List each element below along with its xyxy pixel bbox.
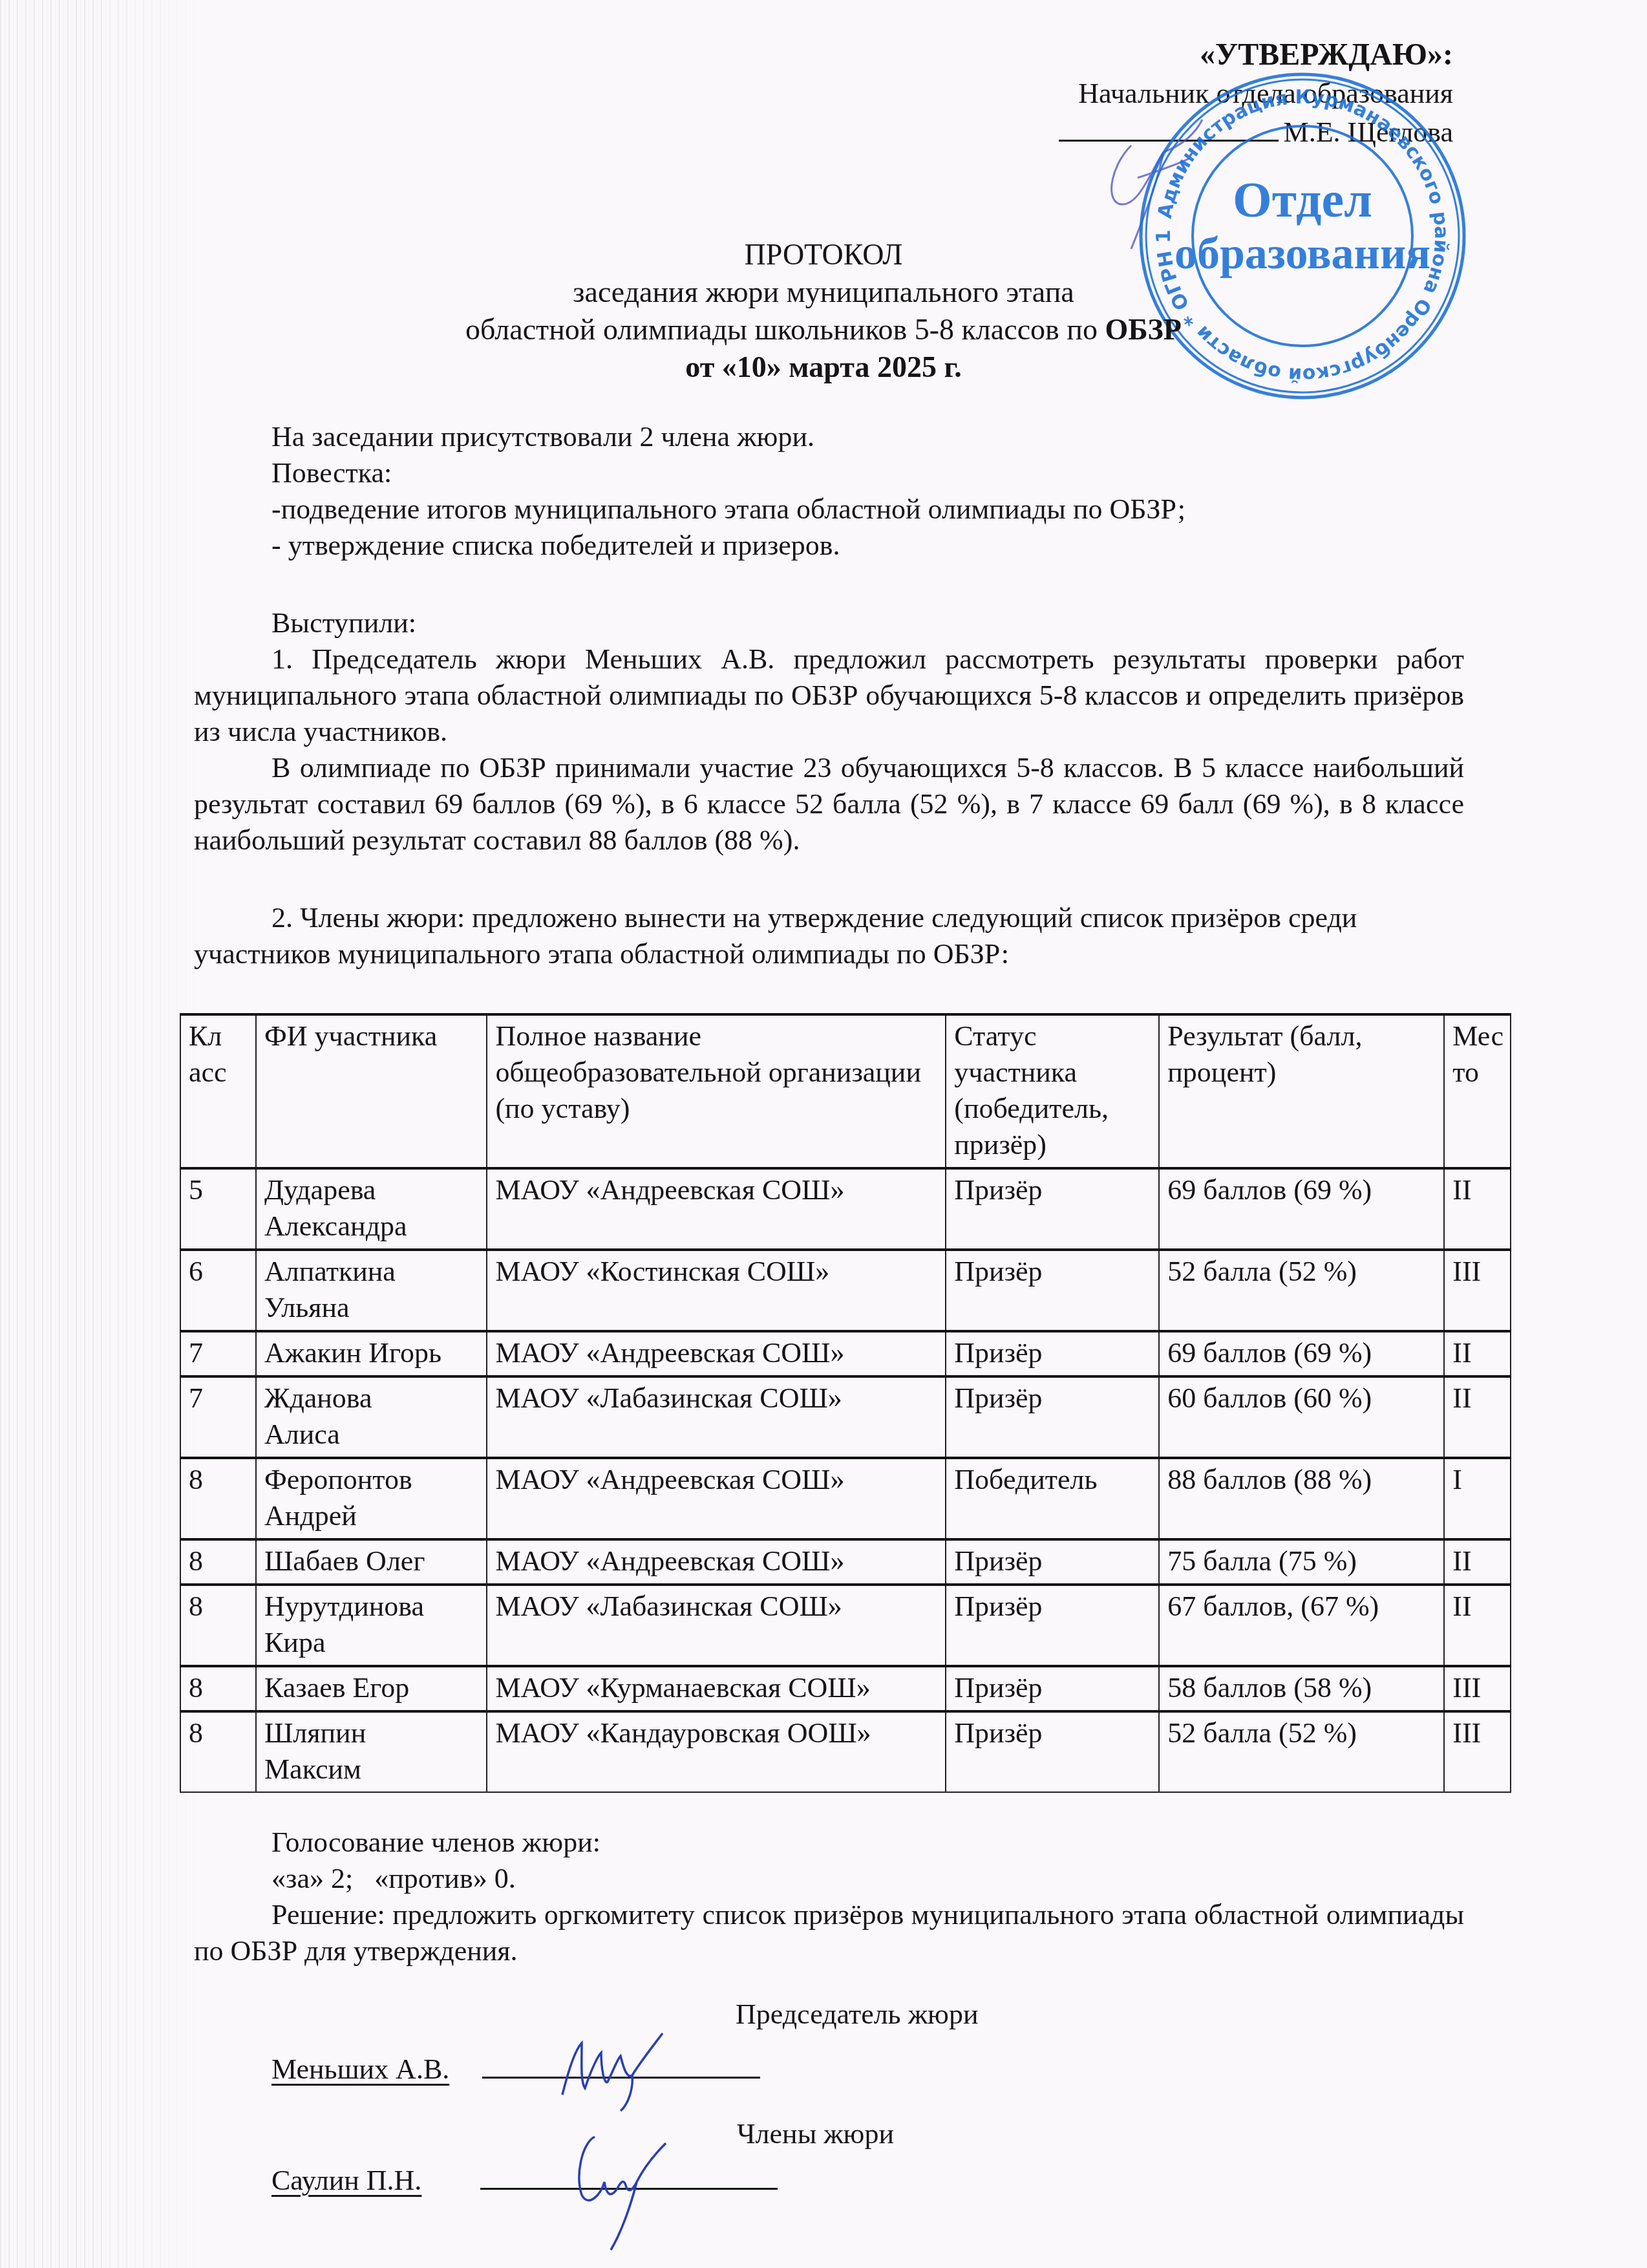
intro-section: На заседании присутствовали 2 члена жюри… (194, 419, 1461, 564)
cell-result: 69 баллов (69 %) (1159, 1331, 1444, 1376)
agenda-item: -подведение итогов муниципального этапа … (194, 491, 1461, 528)
cell-place: III (1444, 1250, 1511, 1331)
agenda-label: Повестка: (194, 455, 1461, 491)
table-row: 8Шабаев ОлегМАОУ «Андреевская СОШ»Призёр… (180, 1539, 1511, 1585)
speeches-section: Выступили: 1. Председатель жюри Меньших … (194, 605, 1464, 859)
voting-section: Голосование членов жюри: «за» 2; «против… (194, 1824, 1464, 1969)
title-olympiad: областной олимпиады школьников 5-8 класс… (0, 311, 1647, 348)
cell-grade: 8 (180, 1458, 256, 1539)
approval-position: Начальник отдела образования (1059, 74, 1453, 113)
cell-grade: 8 (180, 1585, 256, 1666)
document-title: ПРОТОКОЛ заседания жюри муниципального э… (0, 236, 1647, 386)
speech-item-1: 1. Председатель жюри Меньших А.В. предло… (194, 641, 1464, 750)
attendance: На заседании присутствовали 2 члена жюри… (194, 419, 1461, 455)
cell-school: МАОУ «Андреевская СОШ» (487, 1458, 946, 1539)
cell-school: МАОУ «Андреевская СОШ» (487, 1168, 946, 1250)
table-row: 8Феропонтов АндрейМАОУ «Андреевская СОШ»… (180, 1458, 1511, 1539)
speech-stats: В олимпиаде по ОБЗР принимали участие 23… (194, 750, 1464, 859)
agenda-item: - утверждение списка победителей и призе… (194, 528, 1461, 564)
cell-school: МАОУ «Курманаевская СОШ» (487, 1666, 946, 1711)
cell-grade: 5 (180, 1168, 256, 1250)
decision: Решение: предложить оргкомитету список п… (194, 1897, 1464, 1969)
cell-place: II (1444, 1331, 1511, 1376)
table-row: 8Шляпин МаксимМАОУ «Кандауровская ООШ»Пр… (180, 1711, 1511, 1792)
title-subtitle: заседания жюри муниципального этапа (0, 273, 1647, 311)
voting-result: «за» 2; «против» 0. (194, 1861, 1464, 1897)
cell-participant-name: Шляпин Максим (256, 1711, 487, 1792)
cell-status: Победитель (946, 1458, 1159, 1539)
cell-status: Призёр (946, 1250, 1159, 1331)
cell-status: Призёр (946, 1168, 1159, 1250)
cell-place: I (1444, 1458, 1511, 1539)
cell-grade: 7 (180, 1331, 256, 1376)
cell-school: МАОУ «Лабазинская СОШ» (487, 1585, 946, 1666)
cell-status: Призёр (946, 1711, 1159, 1792)
member-signature-line (480, 2159, 778, 2190)
cell-result: 75 балла (75 %) (1159, 1539, 1444, 1585)
header-result: Результат (балл, процент) (1159, 1014, 1444, 1168)
chair-signature-row: Меньших А.В. (271, 2048, 760, 2088)
table-row: 8Казаев ЕгорМАОУ «Курманаевская СОШ»Приз… (180, 1666, 1511, 1711)
cell-school: МАОУ «Андреевская СОШ» (487, 1539, 946, 1585)
cell-participant-name: Ажакин Игорь (256, 1331, 487, 1376)
title-date: от «10» марта 2025 г. (0, 348, 1647, 386)
speech-item-2: 2. Члены жюри: предложено вынести на утв… (194, 900, 1422, 972)
chair-name: Меньших А.В. (271, 2053, 449, 2085)
table-row: 7Жданова АлисаМАОУ «Лабазинская СОШ»Приз… (180, 1376, 1511, 1458)
members-title: Члены жюри (737, 2117, 894, 2150)
cell-result: 58 баллов (58 %) (1159, 1666, 1444, 1711)
cell-status: Призёр (946, 1666, 1159, 1711)
cell-participant-name: Казаев Егор (256, 1666, 487, 1711)
cell-result: 52 балла (52 %) (1159, 1711, 1444, 1792)
cell-status: Призёр (946, 1331, 1159, 1376)
cell-participant-name: Дударева Александра (256, 1168, 487, 1250)
cell-participant-name: Феропонтов Андрей (256, 1458, 487, 1539)
cell-participant-name: Жданова Алиса (256, 1376, 487, 1458)
cell-result: 69 баллов (69 %) (1159, 1168, 1444, 1250)
cell-place: II (1444, 1376, 1511, 1458)
cell-result: 88 баллов (88 %) (1159, 1458, 1444, 1539)
chair-signature-line (482, 2048, 760, 2079)
cell-place: III (1444, 1711, 1511, 1792)
cell-school: МАОУ «Лабазинская СОШ» (487, 1376, 946, 1458)
cell-place: III (1444, 1666, 1511, 1711)
member-signature-row: Саулин П.Н. (271, 2159, 778, 2199)
cell-status: Призёр (946, 1585, 1159, 1666)
table-row: 8Нурутдинова КираМАОУ «Лабазинская СОШ»П… (180, 1585, 1511, 1666)
cell-participant-name: Нурутдинова Кира (256, 1585, 487, 1666)
cell-result: 67 баллов, (67 %) (1159, 1585, 1444, 1666)
approval-heading: «УТВЕРЖДАЮ»: (1059, 36, 1453, 74)
cell-grade: 8 (180, 1539, 256, 1585)
results-table: Кл асс ФИ участника Полное название обще… (180, 1013, 1511, 1793)
cell-grade: 7 (180, 1376, 256, 1458)
cell-result: 60 баллов (60 %) (1159, 1376, 1444, 1458)
cell-school: МАОУ «Костинская СОШ» (487, 1250, 946, 1331)
cell-result: 52 балла (52 %) (1159, 1250, 1444, 1331)
cell-place: II (1444, 1539, 1511, 1585)
member-name: Саулин П.Н. (271, 2165, 421, 2196)
cell-participant-name: Алпаткина Ульяна (256, 1250, 487, 1331)
header-place: Мес то (1444, 1014, 1511, 1168)
chair-title: Председатель жюри (736, 1998, 979, 2031)
cell-grade: 6 (180, 1250, 256, 1331)
approval-block: «УТВЕРЖДАЮ»: Начальник отдела образовани… (1059, 36, 1453, 152)
cell-grade: 8 (180, 1711, 256, 1792)
table-header-row: Кл асс ФИ участника Полное название обще… (180, 1014, 1511, 1168)
voting-label: Голосование членов жюри: (194, 1824, 1464, 1861)
cell-participant-name: Шабаев Олег (256, 1539, 487, 1585)
cell-school: МАОУ «Кандауровская ООШ» (487, 1711, 946, 1792)
table-row: 7Ажакин ИгорьМАОУ «Андреевская СОШ»Призё… (180, 1331, 1511, 1376)
table-row: 6Алпаткина УльянаМАОУ «Костинская СОШ»Пр… (180, 1250, 1511, 1331)
approval-signature-line (1059, 114, 1279, 142)
speeches-label: Выступили: (194, 605, 1464, 641)
cell-grade: 8 (180, 1666, 256, 1711)
header-name: ФИ участника (256, 1014, 487, 1168)
svg-text:Отдел: Отдел (1233, 171, 1372, 228)
cell-place: II (1444, 1168, 1511, 1250)
approval-name: М.Е. Щеглова (1284, 116, 1453, 148)
header-status: Статус участника (победитель, призёр) (946, 1014, 1159, 1168)
speech-item-2-block: 2. Члены жюри: предложено вынести на утв… (194, 900, 1422, 972)
title-protocol: ПРОТОКОЛ (0, 236, 1647, 273)
header-grade: Кл асс (180, 1014, 256, 1168)
header-school: Полное название общеобразовательной орга… (487, 1014, 946, 1168)
cell-status: Призёр (946, 1376, 1159, 1458)
cell-school: МАОУ «Андреевская СОШ» (487, 1331, 946, 1376)
cell-place: II (1444, 1585, 1511, 1666)
cell-status: Призёр (946, 1539, 1159, 1585)
table-row: 5Дударева АлександраМАОУ «Андреевская СО… (180, 1168, 1511, 1250)
